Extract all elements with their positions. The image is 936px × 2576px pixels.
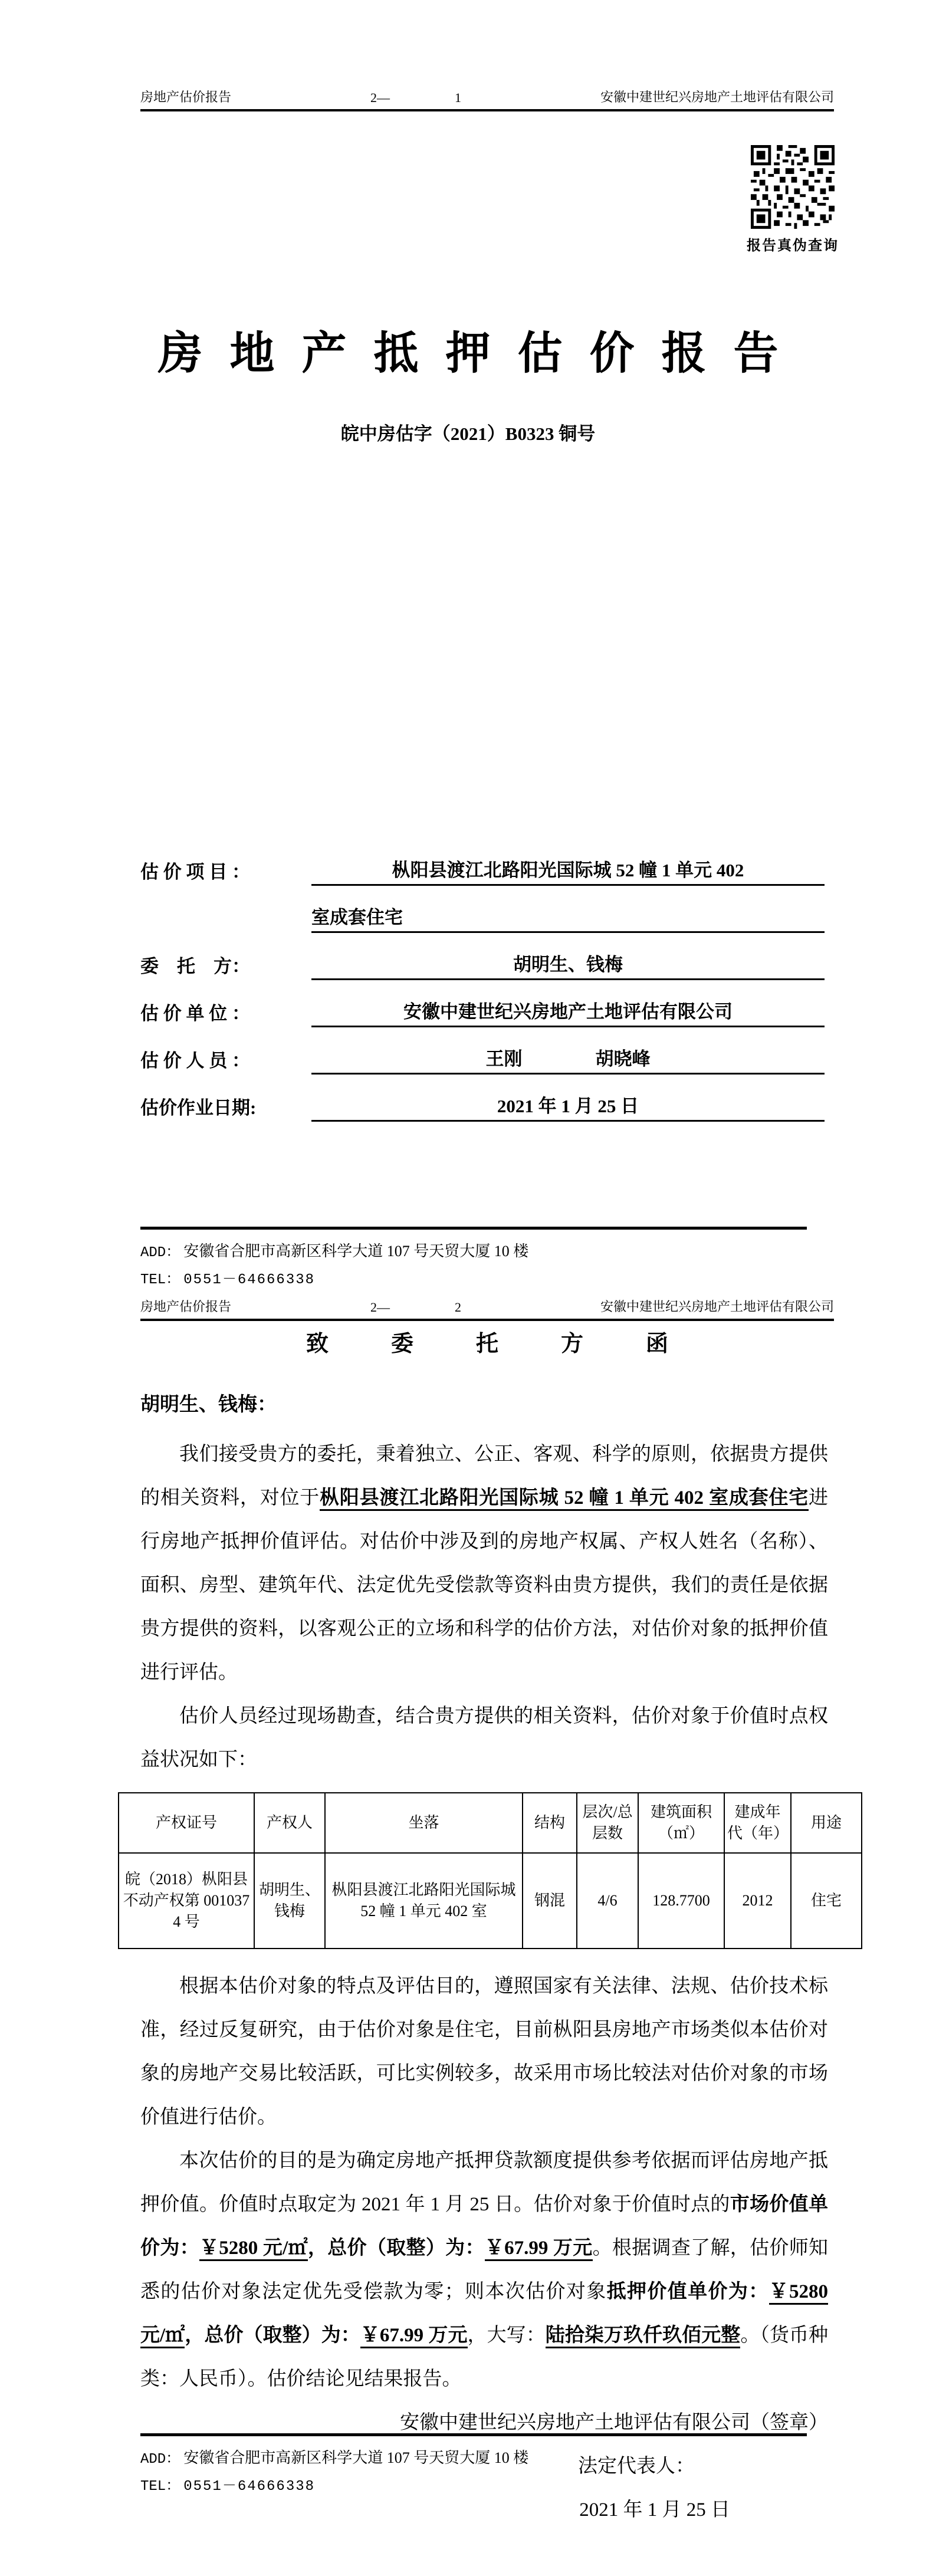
para4-market-unit-price-value: ￥5280 元/㎡ (199, 2237, 308, 2261)
field-valuers-label: 估 价 人 员 ： (140, 1046, 311, 1075)
cell-owner: 胡明生、钱梅 (254, 1853, 325, 1949)
col-cert-no: 产权证号 (119, 1793, 254, 1853)
field-agency: 估 价 单 位 ： 安徽中建世纪兴房地产土地评估有限公司 (140, 980, 825, 1027)
field-agency-value: 安徽中建世纪兴房地产土地评估有限公司 (311, 997, 825, 1027)
property-rights-table: 产权证号 产权人 坐落 结构 层次/总层数 建筑面积（㎡） 建成年代（年） 用途… (118, 1792, 862, 1949)
field-date: 估价作业日期: 2021 年 1 月 25 日 (140, 1075, 825, 1122)
page-1-cover: 房地产估价报告 2— 1 安徽中建世纪兴房地产土地评估有限公司 (0, 0, 936, 1289)
header-page-number: 1 (455, 90, 461, 106)
header-page-prefix: 2— (370, 90, 390, 106)
col-area: 建筑面积（㎡） (638, 1793, 724, 1853)
header-page-prefix: 2— (370, 1300, 390, 1315)
report-number: 皖中房估字（2021）B0323 铜号 (0, 419, 936, 445)
footer-add-value: 安徽省合肥市高新区科学大道 107 号天贸大厦 10 楼 (183, 1239, 528, 1261)
col-location: 坐落 (325, 1793, 523, 1853)
field-valuers-value: 王刚 胡晓峰 (311, 1044, 825, 1075)
header-company-name: 安徽中建世纪兴房地产土地评估有限公司 (600, 87, 834, 106)
page-2-letter: 房地产估价报告 2— 2 安徽中建世纪兴房地产土地评估有限公司 致 委 托 方 … (0, 1289, 936, 2576)
para4-mortgage-unit-price-label: 抵押价值单价为： (607, 2281, 769, 2302)
para2-text: 估价人员经过现场勘查，结合贵方提供的相关资料，估价对象于价值时点权益状况如下： (140, 1706, 828, 1770)
letter-title: 致 委 托 方 函 (140, 1325, 834, 1358)
para3-text: 根据本估价对象的特点及评估目的，遵照国家有关法律、法规、估价技术标准，经过反复研… (140, 1976, 828, 2128)
cell-location: 枞阳县渡江北路阳光国际城 52 幢 1 单元 402 室 (325, 1853, 523, 1949)
field-client: 委 托 方： 胡明生、钱梅 (140, 933, 825, 980)
field-valuers: 估 价 人 员 ： 王刚 胡晓峰 (140, 1027, 825, 1075)
cover-fields: 估 价 项 目 ： 枞阳县渡江北路阳光国际城 52 幢 1 单元 402 室成套… (140, 839, 825, 1122)
footer-add-label: ADD： (140, 1240, 180, 1261)
field-client-label: 委 托 方： (140, 951, 311, 980)
para4-mortgage-total-value: ￥67.99 万元 (360, 2325, 468, 2348)
field-client-value: 胡明生、钱梅 (311, 949, 825, 980)
field-date-label: 估价作业日期: (140, 1093, 311, 1122)
paragraph-3: 根据本估价对象的特点及评估目的，遵照国家有关法律、法规、估价技术标准，经过反复研… (140, 1964, 828, 2139)
table-row: 皖（2018）枞阳县不动产权第 0010374 号 胡明生、钱梅 枞阳县渡江北路… (119, 1853, 862, 1949)
col-structure: 结构 (523, 1793, 577, 1853)
para4-total-price-label: ，总价（取整）为： (308, 2237, 485, 2259)
footer-tel-value: 0551－64666338 (183, 1267, 315, 1288)
cell-floor: 4/6 (577, 1853, 638, 1949)
para4-intro: 本次估价的目的是为确定房地产抵押贷款额度提供参考依据而评估房地产抵押价值。价值时… (140, 2150, 828, 2215)
col-built-year: 建成年代（年） (724, 1793, 791, 1853)
field-project-line2: 室成套住宅 (140, 886, 825, 933)
para4-capital-label: ，大写： (468, 2325, 546, 2346)
para4-mortgage-total-label: ，总价（取整）为： (185, 2325, 360, 2346)
field-project-value-line2: 室成套住宅 (311, 902, 825, 933)
letter-body: 我们接受贵方的委托，秉着独立、公正、客观、科学的原则，依据贵方提供的相关资料，对… (140, 1432, 828, 2532)
header-page-number: 2 (455, 1300, 461, 1315)
qr-code-icon (751, 145, 835, 229)
report-document: 房地产估价报告 2— 1 安徽中建世纪兴房地产土地评估有限公司 (0, 0, 936, 2576)
page2-running-header: 房地产估价报告 2— 2 安徽中建世纪兴房地产土地评估有限公司 (140, 1297, 834, 1321)
cell-usage: 住宅 (791, 1853, 862, 1949)
para1-post: 进行房地产抵押价值评估。对估价中涉及到的房地产权属、产权人姓名（名称）、面积、房… (140, 1487, 828, 1683)
qr-verification-block: 报告真伪查询 (747, 145, 839, 254)
paragraph-1: 我们接受贵方的委托，秉着独立、公正、客观、科学的原则，依据贵方提供的相关资料，对… (140, 1432, 828, 1694)
page2-running-footer: ADD： 安徽省合肥市高新区科学大道 107 号天贸大厦 10 楼 TEL： 0… (140, 2433, 807, 2501)
page1-running-header: 房地产估价报告 2— 1 安徽中建世纪兴房地产土地评估有限公司 (140, 87, 834, 111)
header-page-indicator: 2— 1 (370, 90, 461, 106)
field-project-label-spacer (140, 931, 311, 933)
qr-caption: 报告真伪查询 (747, 234, 839, 254)
header-doc-type: 房地产估价报告 (140, 87, 231, 106)
para4-capital-amount: 陆拾柒万玖仟玖佰元整 (546, 2325, 741, 2348)
field-project: 估 价 项 目 ： 枞阳县渡江北路阳光国际城 52 幢 1 单元 402 (140, 839, 825, 886)
paragraph-4: 本次估价的目的是为确定房地产抵押贷款额度提供参考依据而评估房地产抵押价值。价值时… (140, 2139, 828, 2401)
header-company-name: 安徽中建世纪兴房地产土地评估有限公司 (600, 1297, 834, 1315)
col-usage: 用途 (791, 1793, 862, 1853)
col-owner: 产权人 (254, 1793, 325, 1853)
cell-built-year: 2012 (724, 1853, 791, 1949)
paragraph-2: 估价人员经过现场勘查，结合贵方提供的相关资料，估价对象于价值时点权益状况如下： (140, 1694, 828, 1782)
field-project-label: 估 价 项 目 ： (140, 857, 311, 886)
footer-tel-label: TEL： (140, 2473, 180, 2495)
letter-salutation: 胡明生、钱梅： (140, 1389, 277, 1417)
cell-structure: 钢混 (523, 1853, 577, 1949)
field-agency-label: 估 价 单 位 ： (140, 998, 311, 1027)
cell-cert-no: 皖（2018）枞阳县不动产权第 0010374 号 (119, 1853, 254, 1949)
field-date-value: 2021 年 1 月 25 日 (311, 1091, 825, 1122)
para4-total-price-value: ￥67.99 万元 (485, 2237, 593, 2261)
footer-tel-value: 0551－64666338 (183, 2473, 315, 2495)
report-main-title: 房地产抵押估价报告 (0, 317, 936, 382)
footer-tel-line: TEL： 0551－64666338 (140, 2473, 807, 2495)
page1-running-footer: ADD： 安徽省合肥市高新区科学大道 107 号天贸大厦 10 楼 TEL： 0… (140, 1227, 807, 1289)
field-project-value-line1: 枞阳县渡江北路阳光国际城 52 幢 1 单元 402 (311, 855, 825, 886)
footer-tel-label: TEL： (140, 1267, 180, 1288)
footer-add-value: 安徽省合肥市高新区科学大道 107 号天贸大厦 10 楼 (183, 2446, 528, 2467)
footer-address-line: ADD： 安徽省合肥市高新区科学大道 107 号天贸大厦 10 楼 (140, 1239, 807, 1261)
footer-address-line: ADD： 安徽省合肥市高新区科学大道 107 号天贸大厦 10 楼 (140, 2446, 807, 2467)
table-header-row: 产权证号 产权人 坐落 结构 层次/总层数 建筑面积（㎡） 建成年代（年） 用途 (119, 1793, 862, 1853)
header-page-indicator: 2— 2 (370, 1300, 461, 1315)
header-doc-type: 房地产估价报告 (140, 1297, 231, 1315)
footer-add-label: ADD： (140, 2446, 180, 2467)
footer-tel-line: TEL： 0551－64666338 (140, 1267, 807, 1288)
col-floor: 层次/总层数 (577, 1793, 638, 1853)
para1-property-highlight: 枞阳县渡江北路阳光国际城 52 幢 1 单元 402 室成套住宅 (320, 1487, 809, 1511)
cell-area: 128.7700 (638, 1853, 724, 1949)
